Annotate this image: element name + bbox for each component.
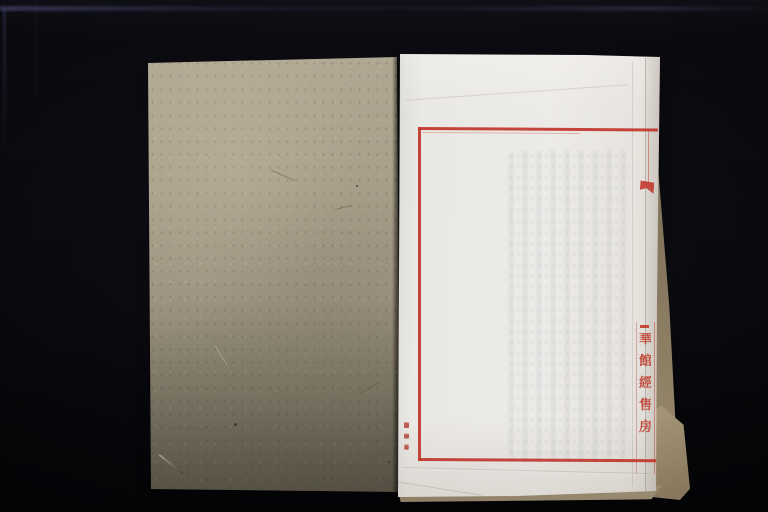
spine-column-dash — [640, 325, 649, 328]
spine-char: 房 — [639, 421, 651, 434]
title-page: 華 館 經 售 房 — [396, 50, 662, 500]
marginal-mark — [404, 433, 409, 438]
centerfold-rule — [648, 131, 649, 187]
paper-crease — [396, 481, 481, 495]
paper-crease — [402, 467, 648, 474]
fold-crease — [632, 62, 633, 486]
corner-smudge — [594, 50, 640, 59]
spine-char: 館 — [639, 355, 651, 368]
spine-title-column: 華 館 經 售 房 — [639, 333, 651, 483]
paper-fiber — [334, 205, 352, 211]
reverse-text-show-through — [508, 150, 630, 462]
tabletop-seam — [36, 0, 37, 95]
frame-border-top — [418, 127, 658, 131]
centerfold-rule — [654, 322, 655, 474]
paper-speck — [356, 185, 358, 187]
frame-border-top-thin — [422, 132, 580, 134]
corner-crease — [159, 454, 184, 474]
centerfold-rule — [636, 322, 637, 474]
spine-char: 經 — [639, 377, 651, 390]
frame-border-left — [418, 127, 421, 461]
book-photo: 華 館 經 售 房 — [0, 0, 768, 512]
tabletop-edge-highlight — [0, 6, 768, 11]
marginal-mark — [404, 422, 409, 428]
spine-char: 華 — [639, 333, 651, 346]
marginal-red-marks — [404, 422, 410, 455]
left-cover-page — [148, 57, 400, 492]
paper-speck — [388, 461, 390, 463]
paper-fiber — [215, 346, 228, 365]
marginal-mark — [404, 444, 409, 450]
paper-speck — [234, 423, 237, 426]
paper-crease — [406, 84, 628, 100]
paper-fiber — [359, 381, 380, 394]
spine-char: 售 — [639, 399, 651, 412]
paper-fiber — [271, 170, 295, 181]
tabletop-left-edge — [3, 9, 6, 159]
